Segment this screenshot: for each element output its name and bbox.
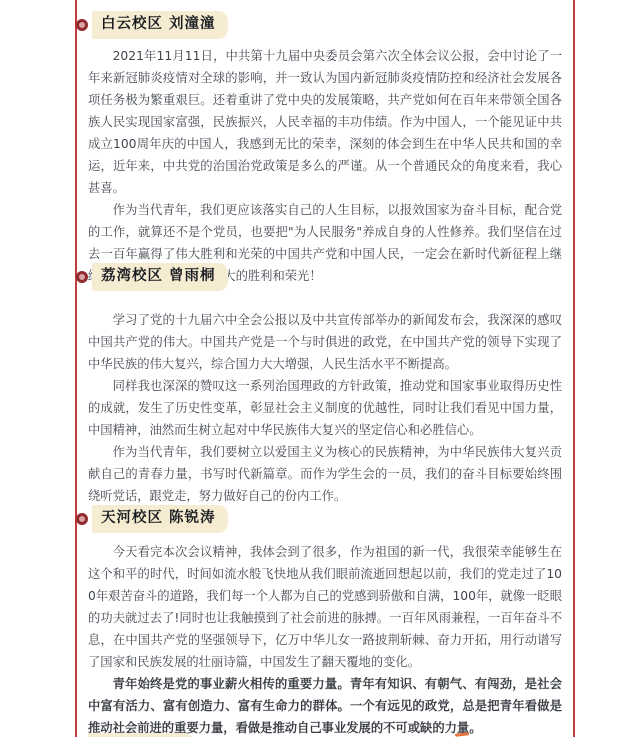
bullet-dot-icon xyxy=(76,513,88,525)
section-title-badge: 白云校区 刘潼潼 xyxy=(92,11,228,39)
next-section-badge-peek xyxy=(88,733,193,737)
paragraph: 2021年11月11日，中共第十九届中央委员会第六次全体会议公报，会中讨论了一年… xyxy=(88,45,562,199)
section-title-badge: 天河校区 陈锐涛 xyxy=(92,505,228,533)
section-baiyun-campus: 白云校区 刘潼潼 2021年11月11日，中共第十九届中央委员会第六次全体会议公… xyxy=(88,11,562,287)
section-header: 荔湾校区 曾雨桐 xyxy=(88,263,562,291)
paragraph: 同样我也深深的赞叹这一系列治国理政的方针政策，推动党和国家事业取得历史性的成就，… xyxy=(88,375,562,441)
bullet-dot-icon xyxy=(76,19,88,31)
paragraph: 今天看完本次会议精神，我体会到了很多，作为祖国的新一代，我很荣幸能够生在这个和平… xyxy=(88,541,562,673)
paragraph: 作为当代青年，我们要树立以爱国主义为核心的民族精神，为中华民族伟大复兴贡献自己的… xyxy=(88,441,562,507)
paragraph-emphasized: 青年始终是党的事业薪火相传的重要力量。青年有知识、有朝气、有闯劲，是社会中富有活… xyxy=(88,673,562,737)
section-tianhe-campus: 天河校区 陈锐涛 今天看完本次会议精神，我体会到了很多，作为祖国的新一代，我很荣… xyxy=(88,505,562,737)
paragraph: 学习了党的十九届六中全会公报以及中共宣传部举办的新闻发布会，我深深的感叹中国共产… xyxy=(88,309,562,375)
section-header: 白云校区 刘潼潼 xyxy=(88,11,562,39)
section-title-badge: 荔湾校区 曾雨桐 xyxy=(92,263,228,291)
section-liwan-campus: 荔湾校区 曾雨桐 学习了党的十九届六中全会公报以及中共宣传部举办的新闻发布会，我… xyxy=(88,263,562,507)
left-accent-line xyxy=(75,0,77,737)
bullet-dot-icon xyxy=(76,271,88,283)
section-header: 天河校区 陈锐涛 xyxy=(88,505,562,533)
right-accent-line xyxy=(573,0,575,737)
